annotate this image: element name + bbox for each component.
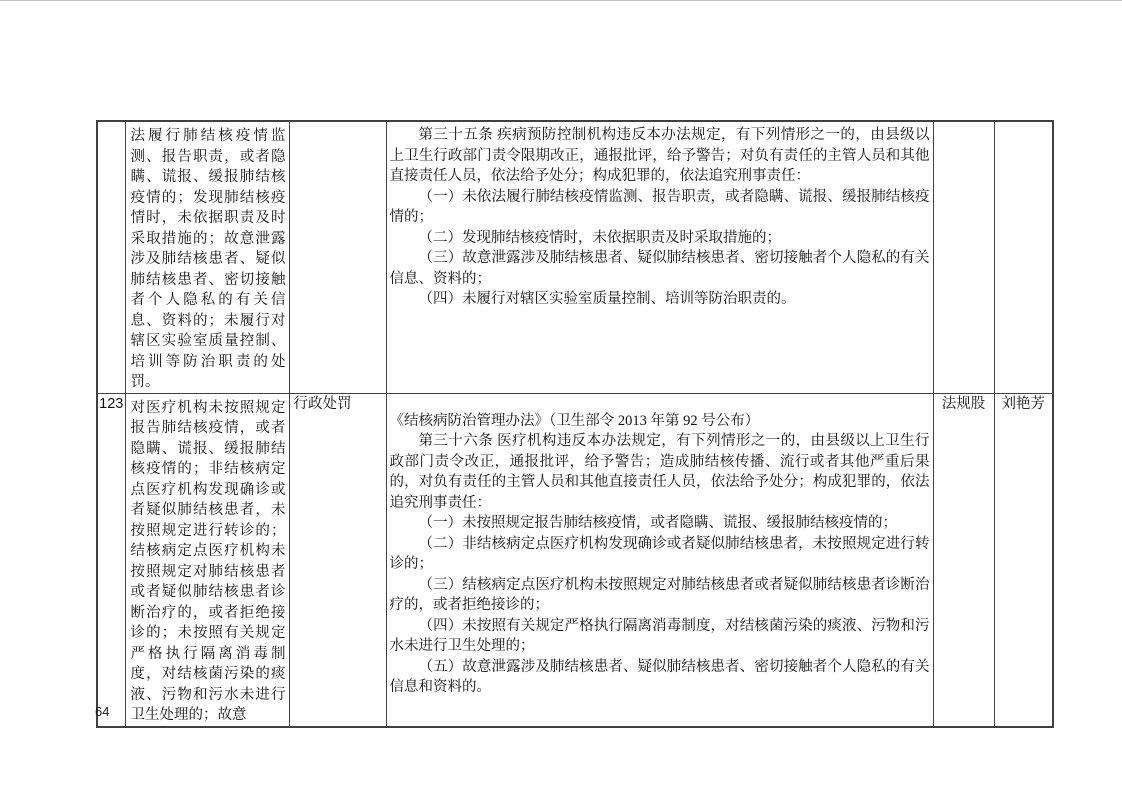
violation-description-cell: 对医疗机构未按照规定报告肺结核疫情，或者隐瞒、谎报、缓报肺结核疫情的；非结核病定… bbox=[125, 393, 289, 727]
reviewer-cell bbox=[994, 121, 1053, 393]
department-cell: 法规股 bbox=[933, 393, 994, 727]
legal-title-paragraph: 《结核病防治管理办法》（卫生部令 2013 年第 92 号公布） bbox=[390, 411, 930, 432]
legal-paragraph: 第三十五条 疾病预防控制机构违反本办法规定，有下列情形之一的，由县级以上卫生行政… bbox=[390, 125, 930, 187]
regulations-table: 法履行肺结核疫情监测、报告职责，或者隐瞒、谎报、缓报肺结核疫情的；发现肺结核疫情… bbox=[96, 120, 1054, 728]
legal-paragraph: （三）结核病定点医疗机构未按照规定对肺结核患者或者疑似肺结核患者诊断治疗的，或者… bbox=[390, 575, 930, 616]
row-number-cell: 123 bbox=[97, 393, 125, 727]
department-cell bbox=[933, 121, 994, 393]
table-row-continued: 法履行肺结核疫情监测、报告职责，或者隐瞒、谎报、缓报肺结核疫情的；发现肺结核疫情… bbox=[97, 121, 1053, 393]
row-number-cell bbox=[97, 121, 125, 393]
page-top-edge bbox=[0, 0, 1122, 1]
legal-paragraph: （四）未履行对辖区实验室质量控制、培训等防治职责的。 bbox=[390, 289, 930, 310]
legal-paragraph: （五）故意泄露涉及肺结核患者、疑似肺结核患者、密切接触者个人隐私的有关信息和资料… bbox=[390, 657, 930, 698]
legal-paragraph: （二）发现肺结核疫情时，未依据职责及时采取措施的； bbox=[390, 228, 930, 249]
legal-paragraph: （一）未依法履行肺结核疫情监测、报告职责，或者隐瞒、谎报、缓报肺结核疫情的； bbox=[390, 187, 930, 228]
violation-description-cell: 法履行肺结核疫情监测、报告职责，或者隐瞒、谎报、缓报肺结核疫情的；发现肺结核疫情… bbox=[125, 121, 289, 393]
legal-paragraph: （三）故意泄露涉及肺结核患者、疑似肺结核患者、密切接触者个人隐私的有关信息、资料… bbox=[390, 248, 930, 289]
penalty-type-cell: 行政处罚 bbox=[289, 393, 386, 727]
page-number: 64 bbox=[95, 704, 109, 719]
legal-paragraph: 第三十六条 医疗机构违反本办法规定，有下列情形之一的，由县级以上卫生行政部门责令… bbox=[390, 431, 930, 513]
legal-paragraph: （四）未按照有关规定严格执行隔离消毒制度，对结核菌污染的痰液、污物和污水未进行卫… bbox=[390, 616, 930, 657]
legal-paragraph: （二）非结核病定点医疗机构发现确诊或者疑似肺结核患者，未按照规定进行转诊的； bbox=[390, 534, 930, 575]
penalty-type-cell bbox=[289, 121, 386, 393]
legal-basis-cell: 《结核病防治管理办法》（卫生部令 2013 年第 92 号公布） 第三十六条 医… bbox=[386, 393, 933, 727]
legal-basis-cell: 第三十五条 疾病预防控制机构违反本办法规定，有下列情形之一的，由县级以上卫生行政… bbox=[386, 121, 933, 393]
table-row-123: 123 对医疗机构未按照规定报告肺结核疫情，或者隐瞒、谎报、缓报肺结核疫情的；非… bbox=[97, 393, 1053, 727]
reviewer-cell: 刘艳芳 bbox=[994, 393, 1053, 727]
legal-paragraph: （一）未按照规定报告肺结核疫情，或者隐瞒、谎报、缓报肺结核疫情的； bbox=[390, 513, 930, 534]
